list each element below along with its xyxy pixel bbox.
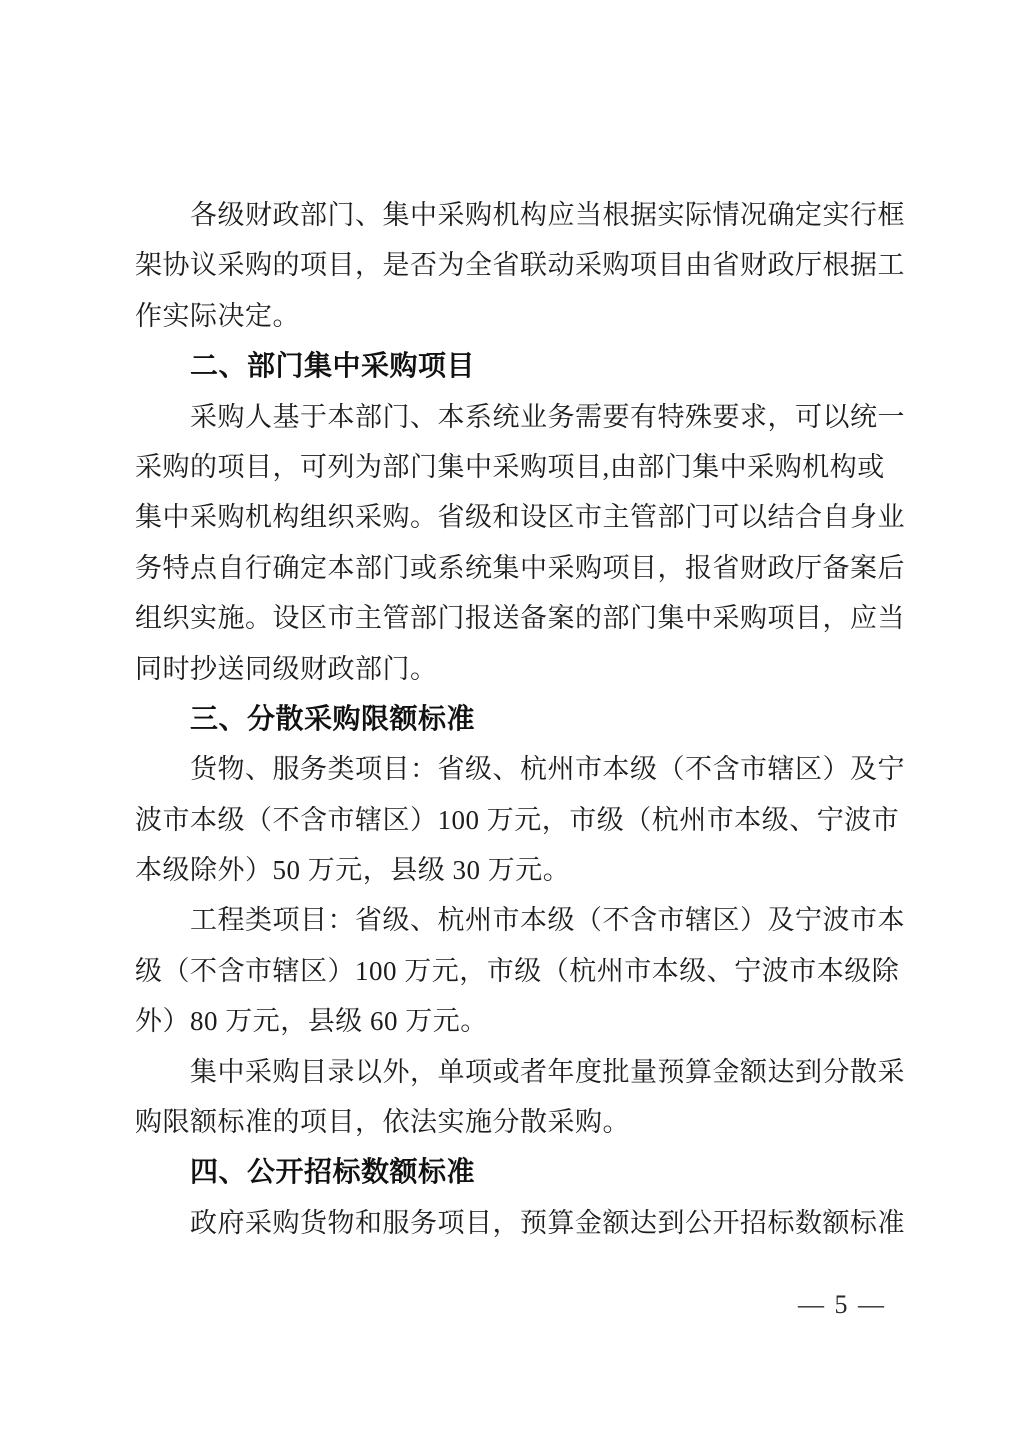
paragraph-line: 采购人基于本部门、本系统业务需要有特殊要求，可以统一 — [135, 392, 895, 442]
paragraph-line: 组织实施。设区市主管部门报送备案的部门集中采购项目，应当 — [135, 593, 895, 643]
paragraph-line: 作实际决定。 — [135, 291, 895, 341]
paragraph-line: 购限额标准的项目，依法实施分散采购。 — [135, 1097, 895, 1147]
paragraph-line: 外）80 万元，县级 60 万元。 — [135, 996, 895, 1046]
paragraph-line: 货物、服务类项目：省级、杭州市本级（不含市辖区）及宁 — [135, 744, 895, 794]
paragraph-line: 集中采购目录以外，单项或者年度批量预算金额达到分散采 — [135, 1047, 895, 1097]
section-heading-4: 四、公开招标数额标准 — [135, 1147, 895, 1197]
paragraph-line: 采购的项目，可列为部门集中采购项目,由部门集中采购机构或 — [135, 442, 895, 492]
document-body: 各级财政部门、集中采购机构应当根据实际情况确定实行框 架协议采购的项目，是否为全… — [135, 190, 895, 1248]
paragraph-line: 工程类项目：省级、杭州市本级（不含市辖区）及宁波市本 — [135, 895, 895, 945]
section-heading-3: 三、分散采购限额标准 — [135, 694, 895, 744]
paragraph-line: 级（不含市辖区）100 万元，市级（杭州市本级、宁波市本级除 — [135, 946, 895, 996]
section-heading-2: 二、部门集中采购项目 — [135, 341, 895, 391]
paragraph-line: 架协议采购的项目，是否为全省联动采购项目由省财政厅根据工 — [135, 240, 895, 290]
paragraph-line: 本级除外）50 万元，县级 30 万元。 — [135, 845, 895, 895]
paragraph-line: 波市本级（不含市辖区）100 万元，市级（杭州市本级、宁波市 — [135, 795, 895, 845]
paragraph-line: 同时抄送同级财政部门。 — [135, 644, 895, 694]
page-number: — 5 — — [798, 1285, 886, 1325]
paragraph-line: 政府采购货物和服务项目，预算金额达到公开招标数额标准 — [135, 1198, 895, 1248]
paragraph-line: 务特点自行确定本部门或系统集中采购项目，报省财政厅备案后 — [135, 543, 895, 593]
document-page: 各级财政部门、集中采购机构应当根据实际情况确定实行框 架协议采购的项目，是否为全… — [0, 0, 1024, 1448]
paragraph-line: 各级财政部门、集中采购机构应当根据实际情况确定实行框 — [135, 190, 895, 240]
paragraph-line: 集中采购机构组织采购。省级和设区市主管部门可以结合自身业 — [135, 492, 895, 542]
